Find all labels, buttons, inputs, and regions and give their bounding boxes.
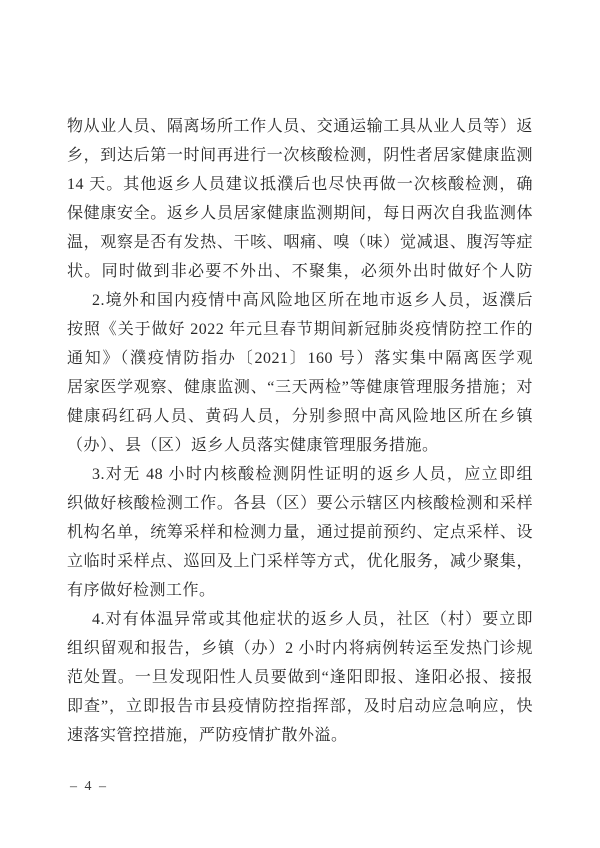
paragraph-1: 物从业人员、隔离场所工作人员、交通运输工具从业人员等）返乡，到达后第一时间再进行…: [67, 112, 533, 286]
document-line: 按照《关于做好 2022 年元旦春节期间新冠肺炎疫情防控工作的: [67, 315, 533, 344]
document-line: 立临时采样点、巡回及上门采样等方式，优化服务，减少聚集，: [67, 547, 533, 576]
document-line: 3.对无 48 小时内核酸检测阴性证明的返乡人员，应立即组: [67, 460, 533, 489]
document-line: 织做好核酸检测工作。各县（区）要公示辖区内核酸检测和采样: [67, 489, 533, 518]
document-line: 2.境外和国内疫情中高风险地区所在地市返乡人员，返濮后: [67, 286, 533, 315]
document-line: 居家医学观察、健康监测、“三天两检”等健康管理服务措施；对: [67, 373, 533, 402]
document-line: 通知》（濮疫情防指办〔2021〕160 号）落实集中隔离医学观察、: [67, 344, 533, 373]
document-line: 状。同时做到非必要不外出、不聚集，必须外出时做好个人防护。: [67, 257, 533, 286]
document-line: （办）、县（区）返乡人员落实健康管理服务措施。: [67, 431, 533, 460]
document-line: 有序做好检测工作。: [67, 576, 533, 605]
document-line: 即查”，立即报告市县疫情防控指挥部，及时启动应急响应，快: [67, 692, 533, 721]
paragraph-3: 3.对无 48 小时内核酸检测阴性证明的返乡人员，应立即组织做好核酸检测工作。各…: [67, 460, 533, 605]
document-line: 保健康安全。返乡人员居家健康监测期间，每日两次自我监测体: [67, 199, 533, 228]
document-body: 物从业人员、隔离场所工作人员、交通运输工具从业人员等）返乡，到达后第一时间再进行…: [67, 112, 533, 750]
document-line: 4.对有体温异常或其他症状的返乡人员，社区（村）要立即: [67, 605, 533, 634]
page-number: – 4 –: [70, 779, 108, 795]
document-line: 物从业人员、隔离场所工作人员、交通运输工具从业人员等）返: [67, 112, 533, 141]
document-line: 14 天。其他返乡人员建议抵濮后也尽快再做一次核酸检测，确: [67, 170, 533, 199]
document-line: 组织留观和报告，乡镇（办）2 小时内将病例转运至发热门诊规: [67, 634, 533, 663]
paragraph-4: 4.对有体温异常或其他症状的返乡人员，社区（村）要立即组织留观和报告，乡镇（办）…: [67, 605, 533, 750]
document-line: 速落实管控措施，严防疫情扩散外溢。: [67, 721, 533, 750]
document-line: 温，观察是否有发热、干咳、咽痛、嗅（味）觉减退、腹泻等症: [67, 228, 533, 257]
document-line: 健康码红码人员、黄码人员，分别参照中高风险地区所在乡镇: [67, 402, 533, 431]
document-page: 物从业人员、隔离场所工作人员、交通运输工具从业人员等）返乡，到达后第一时间再进行…: [0, 0, 600, 848]
document-line: 机构名单，统筹采样和检测力量，通过提前预约、定点采样、设: [67, 518, 533, 547]
paragraph-2: 2.境外和国内疫情中高风险地区所在地市返乡人员，返濮后按照《关于做好 2022 …: [67, 286, 533, 460]
document-line: 乡，到达后第一时间再进行一次核酸检测，阴性者居家健康监测: [67, 141, 533, 170]
document-line: 范处置。一旦发现阳性人员要做到“逢阳即报、逢阳必报、接报: [67, 663, 533, 692]
